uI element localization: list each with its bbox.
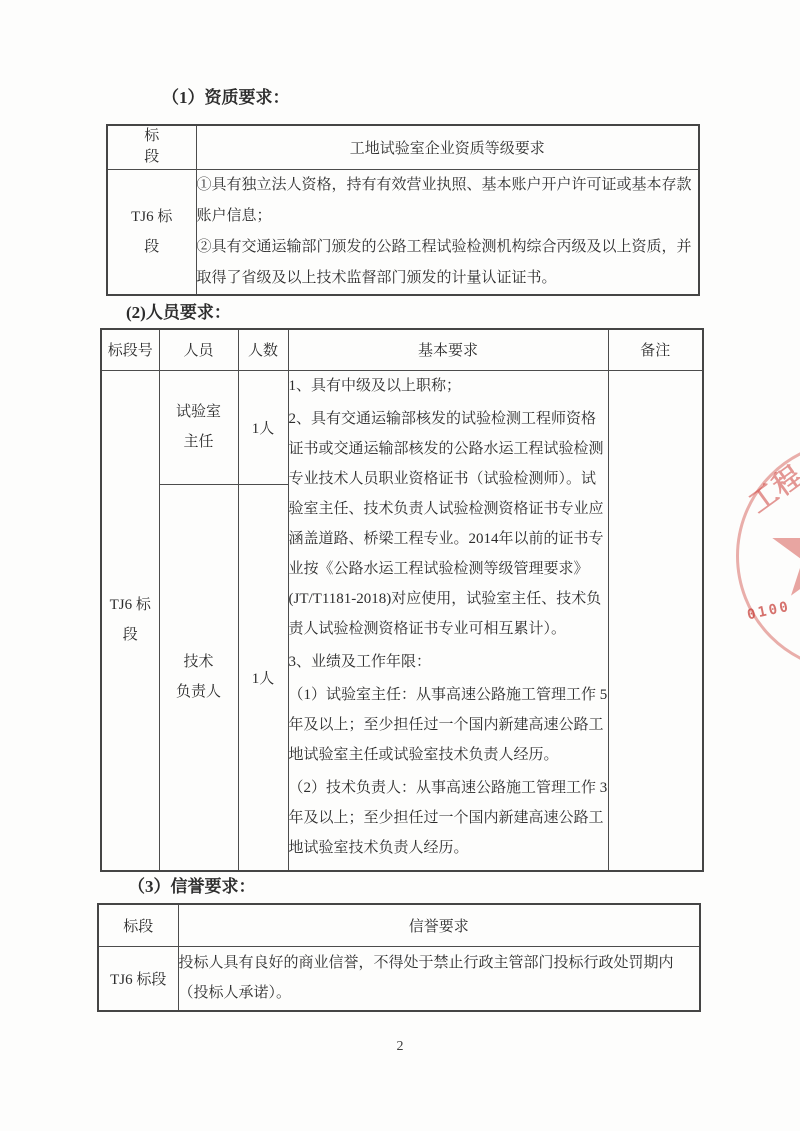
requirement-item-1: 1、具有中级及以上职称； [289,371,608,401]
count-cell-lab-director: 1人 [238,370,288,484]
role-cell-tech-leader: 技术 负责人 [159,484,238,871]
heading-qualification: （1）资质要求： [162,88,290,108]
heading-reputation: （3）信誉要求： [128,877,256,897]
role-cell-lab-director: 试验室 主任 [159,370,238,484]
qualification-header-row: 标段 工地试验室企业资质等级要求 [107,125,699,169]
qualification-data-row: TJ6 标段 ①具有独立法人资格，持有有效营业执照、基本账户开户许可证或基本存款… [107,169,699,295]
reputation-header-row: 标段 信誉要求 [98,904,700,946]
document-page: （1）资质要求： 标段 工地试验室企业资质等级要求 TJ6 标段 ①具有独立法人… [0,0,800,1131]
requirement-item-3: 3、业绩及工作年限： [289,647,608,677]
heading-personnel: (2)人员要求： [126,303,231,323]
reputation-table: 标段 信誉要求 TJ6 标段 投标人具有良好的商业信誉，不得处于禁止行政主管部门… [97,903,701,1012]
reputation-requirement-cell: 投标人具有良好的商业信誉，不得处于禁止行政主管部门投标行政处罚期内（投标人承诺）… [178,946,700,1011]
section-cell: TJ6 标段 [98,946,178,1011]
qualification-header-requirement: 工地试验室企业资质等级要求 [196,125,699,169]
qualification-item-1: ①具有独立法人资格，持有有效营业执照、基本账户开户许可证或基本存款账户信息； [197,170,699,232]
personnel-header-section: 标段号 [101,329,159,370]
personnel-header-row: 标段号 人员 人数 基本要求 备注 [101,329,703,370]
reputation-data-row: TJ6 标段 投标人具有良好的商业信誉，不得处于禁止行政主管部门投标行政处罚期内… [98,946,700,1011]
section-cell: TJ6 标段 [101,370,159,871]
qualification-item-2: ②具有交通运输部门颁发的公路工程试验检测机构综合丙级及以上资质，并取得了省级及以… [197,232,699,294]
personnel-header-role: 人员 [159,329,238,370]
qualification-requirement-cell: ①具有独立法人资格，持有有效营业执照、基本账户开户许可证或基本存款账户信息； ②… [196,169,699,295]
qualification-table: 标段 工地试验室企业资质等级要求 TJ6 标段 ①具有独立法人资格，持有有效营业… [106,124,700,296]
page-number: 2 [0,1039,800,1055]
section-cell: TJ6 标段 [107,169,196,295]
requirement-item-5: （2）技术负责人：从事高速公路施工管理工作 3 年及以上；至少担任过一个国内新建… [289,773,608,863]
count-cell-tech-leader: 1人 [238,484,288,871]
reputation-header-section: 标段 [98,904,178,946]
personnel-header-count: 人数 [238,329,288,370]
requirement-item-4: （1）试验室主任：从事高速公路施工管理工作 5 年及以上；至少担任过一个国内新建… [289,680,608,770]
remark-cell [608,370,703,871]
personnel-row-lab-director: TJ6 标段 试验室 主任 1人 1、具有中级及以上职称； 2、具有交通运输部核… [101,370,703,484]
basic-requirements-cell: 1、具有中级及以上职称； 2、具有交通运输部核发的试验检测工程师资格证书或交通运… [288,370,608,871]
personnel-header-remark: 备注 [608,329,703,370]
qualification-header-section: 标段 [107,125,196,169]
personnel-header-requirements: 基本要求 [288,329,608,370]
reputation-header-requirement: 信誉要求 [178,904,700,946]
reputation-text: 投标人具有良好的商业信誉，不得处于禁止行政主管部门投标行政处罚期内（投标人承诺）… [179,948,700,1008]
requirement-item-2: 2、具有交通运输部核发的试验检测工程师资格证书或交通运输部核发的公路水运工程试验… [289,404,608,644]
personnel-table: 标段号 人员 人数 基本要求 备注 TJ6 标段 试验室 主任 1人 1、具有中… [100,328,704,872]
